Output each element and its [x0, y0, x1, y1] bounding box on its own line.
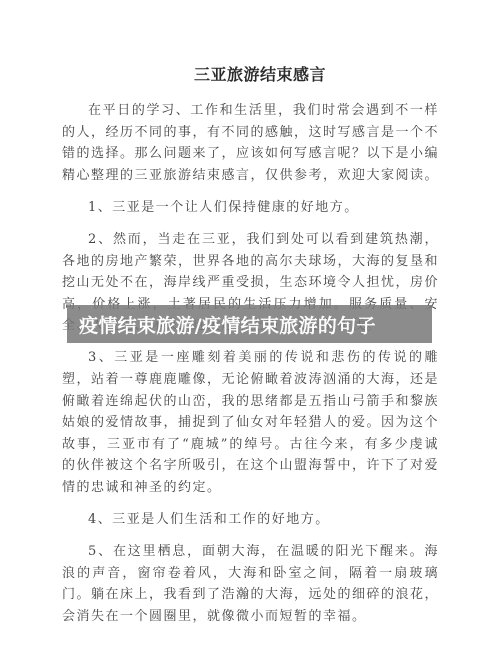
point-5-paragraph: 5、在这里栖息，面朝大海，在温暖的阳光下醒来。海浪的声音，窗帘卷着风，大海和卧室… — [62, 541, 439, 627]
document-body: 在平日的学习、工作和生活里，我们时常会遇到不一样的人，经历不同的事，有不同的感触… — [62, 100, 439, 638]
point-3-paragraph: 3、三亚是一座雕刻着美丽的传说和悲伤的传说的雕塑，站着一尊鹿鹿雕像，无论俯瞰着波… — [62, 347, 439, 498]
point-1-paragraph: 1、三亚是一个让人们保持健康的好地方。 — [62, 197, 439, 219]
intro-paragraph: 在平日的学习、工作和生活里，我们时常会遇到不一样的人，经历不同的事，有不同的感触… — [62, 100, 439, 186]
point-4-paragraph: 4、三亚是人们生活和工作的好地方。 — [62, 509, 439, 531]
banner-text: 疫情结束旅游/疫情结束旅游的句子 — [67, 311, 376, 338]
title-overlay-banner: 疫情结束旅游/疫情结束旅游的句子 — [67, 305, 432, 343]
document-title: 三亚旅游结束感言 — [0, 64, 500, 86]
document-page: 三亚旅游结束感言 在平日的学习、工作和生活里，我们时常会遇到不一样的人，经历不同… — [0, 0, 500, 647]
